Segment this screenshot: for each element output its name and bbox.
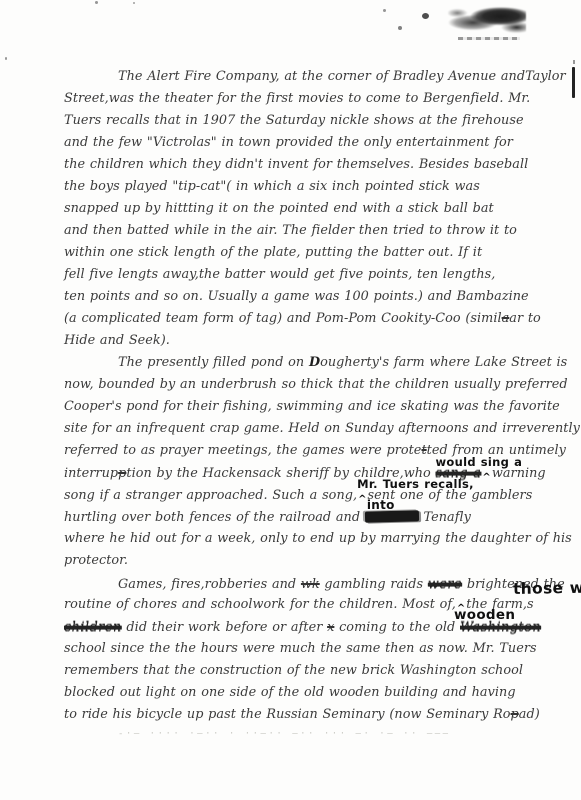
text-line: now, bounded by an underbrush so thick t…	[64, 374, 534, 396]
text-line: song if a stranger approached. Such a so…	[64, 484, 534, 506]
typed-text: interrup	[64, 466, 118, 481]
typed-text: the boys played "tip-cat"( in which a si…	[64, 179, 480, 194]
text-line: where he hid out for a week, only to end…	[64, 528, 534, 550]
typed-text: fell five lengts away,the batter would g…	[64, 267, 495, 282]
text-line: Games, fires,robberies and wk gambling r…	[64, 572, 534, 594]
typed-text: ten points and so on. Usually a game was…	[64, 289, 529, 304]
ink-speck	[5, 57, 7, 60]
ink-smudge-underline	[458, 37, 520, 40]
page-edge-dot	[573, 60, 575, 64]
text-line: protector.	[64, 550, 534, 572]
blackout-scribble	[365, 510, 419, 522]
page-edge-mark	[572, 67, 575, 98]
text-line: Hide and Seek).	[64, 330, 534, 352]
insertion-caret-mark: ^	[482, 472, 490, 483]
typed-text: where he hid out for a week, only to end…	[64, 531, 572, 546]
text-line: the children which they didn't invent fo…	[64, 154, 534, 176]
typed-text: song if a stranger approached. Such a so…	[64, 488, 357, 503]
typed-text: within one stick length of the plate, pu…	[64, 245, 482, 260]
typed-text: referred to as prayer meetings, the game…	[64, 443, 421, 458]
typewritten-text-block: The Alert Fire Company, at the corner of…	[64, 66, 534, 726]
text-line: The Alert Fire Company, at the corner of…	[64, 66, 534, 88]
text-line: Cooper's pond for their fishing, swimmin…	[64, 396, 534, 418]
text-line: ten points and so on. Usually a game was…	[64, 286, 534, 308]
typed-text: hurtling over both fences of the railroa…	[64, 510, 365, 525]
text-line: school since the the hours were much the…	[64, 638, 534, 660]
typed-text: school since the the hours were much the…	[64, 641, 537, 656]
text-line: and the few "Victrolas" in town provided…	[64, 132, 534, 154]
document-page: The Alert Fire Company, at the corner of…	[0, 0, 581, 800]
text-line: to ride his bicycle up past the Russian …	[64, 704, 534, 726]
ink-speck	[95, 1, 98, 4]
typed-text: remembers that the construction of the n…	[64, 663, 523, 678]
text-line: blocked out light on one side of the old…	[64, 682, 534, 704]
text-line: within one stick length of the plate, pu…	[64, 242, 534, 264]
typed-text: coming to the old	[334, 620, 460, 635]
typed-text: and the few "Victrolas" in town provided…	[64, 135, 513, 150]
ink-speck	[383, 9, 386, 12]
typed-text: routine of chores and schoolwork for the…	[64, 597, 456, 612]
text-line: the boys played "tip-cat"( in which a si…	[64, 176, 534, 198]
text-line: (a complicated team form of tag) and Pom…	[64, 308, 534, 330]
typed-text: did their work before or after	[122, 620, 327, 635]
typed-text: Hide and Seek).	[64, 333, 170, 348]
typed-text: blocked out light on one side of the old…	[64, 685, 516, 700]
text-line: Street,was the theater for the first mov…	[64, 88, 534, 110]
text-line: hurtling over both fences of the railroa…	[64, 506, 534, 528]
scribbled-out-text: were	[428, 577, 462, 592]
text-line: The presently filled pond on Dougherty's…	[64, 352, 534, 374]
typed-text: to ride his bicycle up past the Russian …	[64, 707, 511, 722]
strikethrough-text: wk	[301, 577, 320, 592]
typed-text: ougherty's farm where Lake Street is	[320, 355, 567, 370]
typed-text: Tenafly	[419, 510, 471, 525]
typed-text: now, bounded by an underbrush so thick t…	[64, 377, 568, 392]
typed-text: Tuers recalls that in 1907 the Saturday …	[64, 113, 524, 128]
text-line: fell five lengts away,the batter would g…	[64, 264, 534, 286]
typed-text: protector.	[64, 553, 128, 568]
text-line: children did their work before or after …	[64, 616, 534, 638]
ink-speck	[398, 26, 402, 30]
typed-text: Games, fires,robberies and	[118, 577, 301, 592]
text-line: and then batted while in the air. The fi…	[64, 220, 534, 242]
overtyped-bold-letter: D	[309, 355, 320, 370]
text-line: Tuers recalls that in 1907 the Saturday …	[64, 110, 534, 132]
ink-smudge-artifact	[448, 5, 526, 37]
scribbled-out-text: children	[64, 620, 122, 635]
insertion-caret-mark: ^	[358, 494, 366, 505]
typed-text: Street,was the theater for the first mov…	[64, 91, 530, 106]
typed-text: snapped up by hittting it on the pointed…	[64, 201, 494, 216]
typed-text: ad)	[519, 707, 540, 722]
typed-text: The presently filled pond on	[118, 355, 309, 370]
typed-text: ar to	[509, 311, 541, 326]
typed-text: and then batted while in the air. The fi…	[64, 223, 517, 238]
typed-text: site for an infrequent crap game. Held o…	[64, 421, 580, 436]
text-line: snapped up by hittting it on the pointed…	[64, 198, 534, 220]
ink-speck	[422, 13, 429, 19]
typed-text: gambling raids	[320, 577, 428, 592]
typed-text: the children which they didn't invent fo…	[64, 157, 528, 172]
faded-text-remnant: -·– ···· ·–·· · ··–·· –·· ··· –· ·– ·· –…	[118, 729, 458, 739]
text-line: site for an infrequent crap game. Held o…	[64, 418, 534, 440]
typed-text: The Alert Fire Company, at the corner of…	[118, 69, 566, 84]
typed-text: Cooper's pond for their fishing, swimmin…	[64, 399, 560, 414]
ink-speck	[133, 2, 135, 4]
strikethrough-text: p	[511, 707, 519, 722]
typed-text: (a complicated team form of tag) and Pom…	[64, 311, 502, 326]
text-line: remembers that the construction of the n…	[64, 660, 534, 682]
